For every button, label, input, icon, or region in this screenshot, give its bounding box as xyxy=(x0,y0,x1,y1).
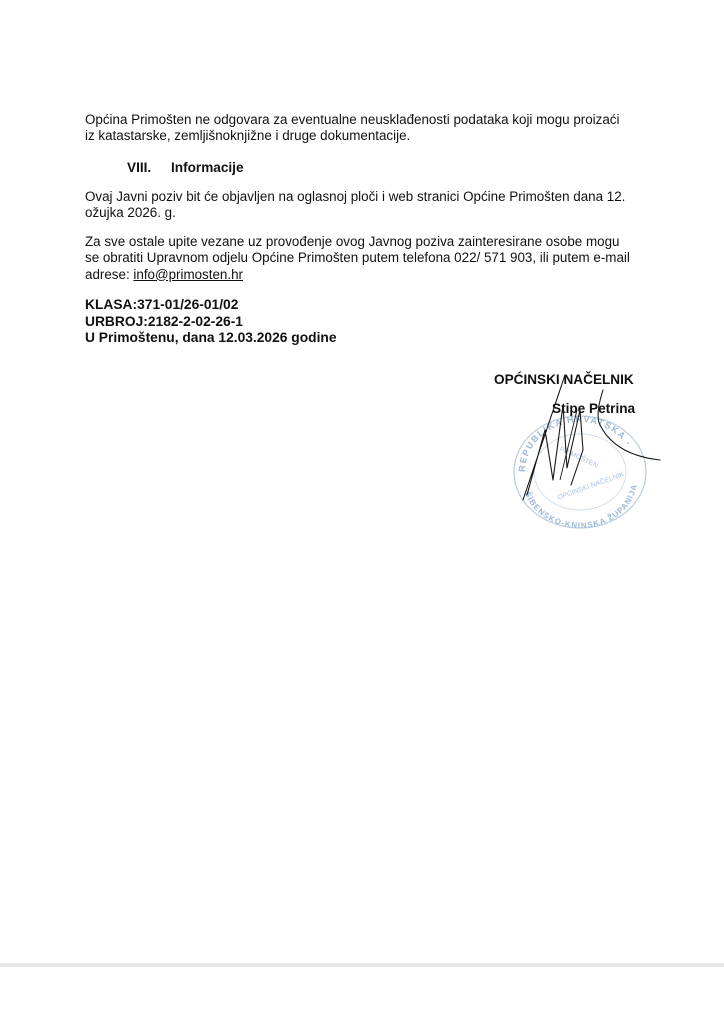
section-number: VIII. xyxy=(127,160,151,175)
document-page: Općina Primošten ne odgovara za eventual… xyxy=(0,0,724,1024)
disclaimer-line-1: Općina Primošten ne odgovara za eventual… xyxy=(85,112,619,128)
reference-block: KLASA:371-01/26-01/02 URBROJ:2182-2-02-2… xyxy=(85,297,337,347)
publication-line-1: Ovaj Javni poziv bit će objavljen na ogl… xyxy=(85,189,625,205)
handwritten-signature xyxy=(505,370,675,520)
section-title: Informacije xyxy=(171,160,244,175)
publication-line-2: ožujka 2026. g. xyxy=(85,205,625,221)
klasa-number: KLASA:371-01/26-01/02 xyxy=(85,297,337,314)
place-date: U Primoštenu, dana 12.03.2026 godine xyxy=(85,330,337,347)
disclaimer-line-2: iz katastarske, zemljišnoknjižne i druge… xyxy=(85,128,619,144)
publication-paragraph: Ovaj Javni poziv bit će objavljen na ogl… xyxy=(85,189,625,222)
disclaimer-paragraph: Općina Primošten ne odgovara za eventual… xyxy=(85,112,619,145)
contact-paragraph: Za sve ostale upite vezane uz provođenje… xyxy=(85,234,630,283)
urbroj-number: URBROJ:2182-2-02-26-1 xyxy=(85,314,337,331)
contact-line-3: adrese: info@primosten.hr xyxy=(85,267,630,283)
email-link[interactable]: info@primosten.hr xyxy=(133,267,243,282)
contact-line-2: se obratiti Upravnom odjelu Općine Primo… xyxy=(85,250,630,266)
contact-line-1: Za sve ostale upite vezane uz provođenje… xyxy=(85,234,630,250)
page-bottom-edge xyxy=(0,963,724,967)
contact-email-prefix: adrese: xyxy=(85,267,133,282)
